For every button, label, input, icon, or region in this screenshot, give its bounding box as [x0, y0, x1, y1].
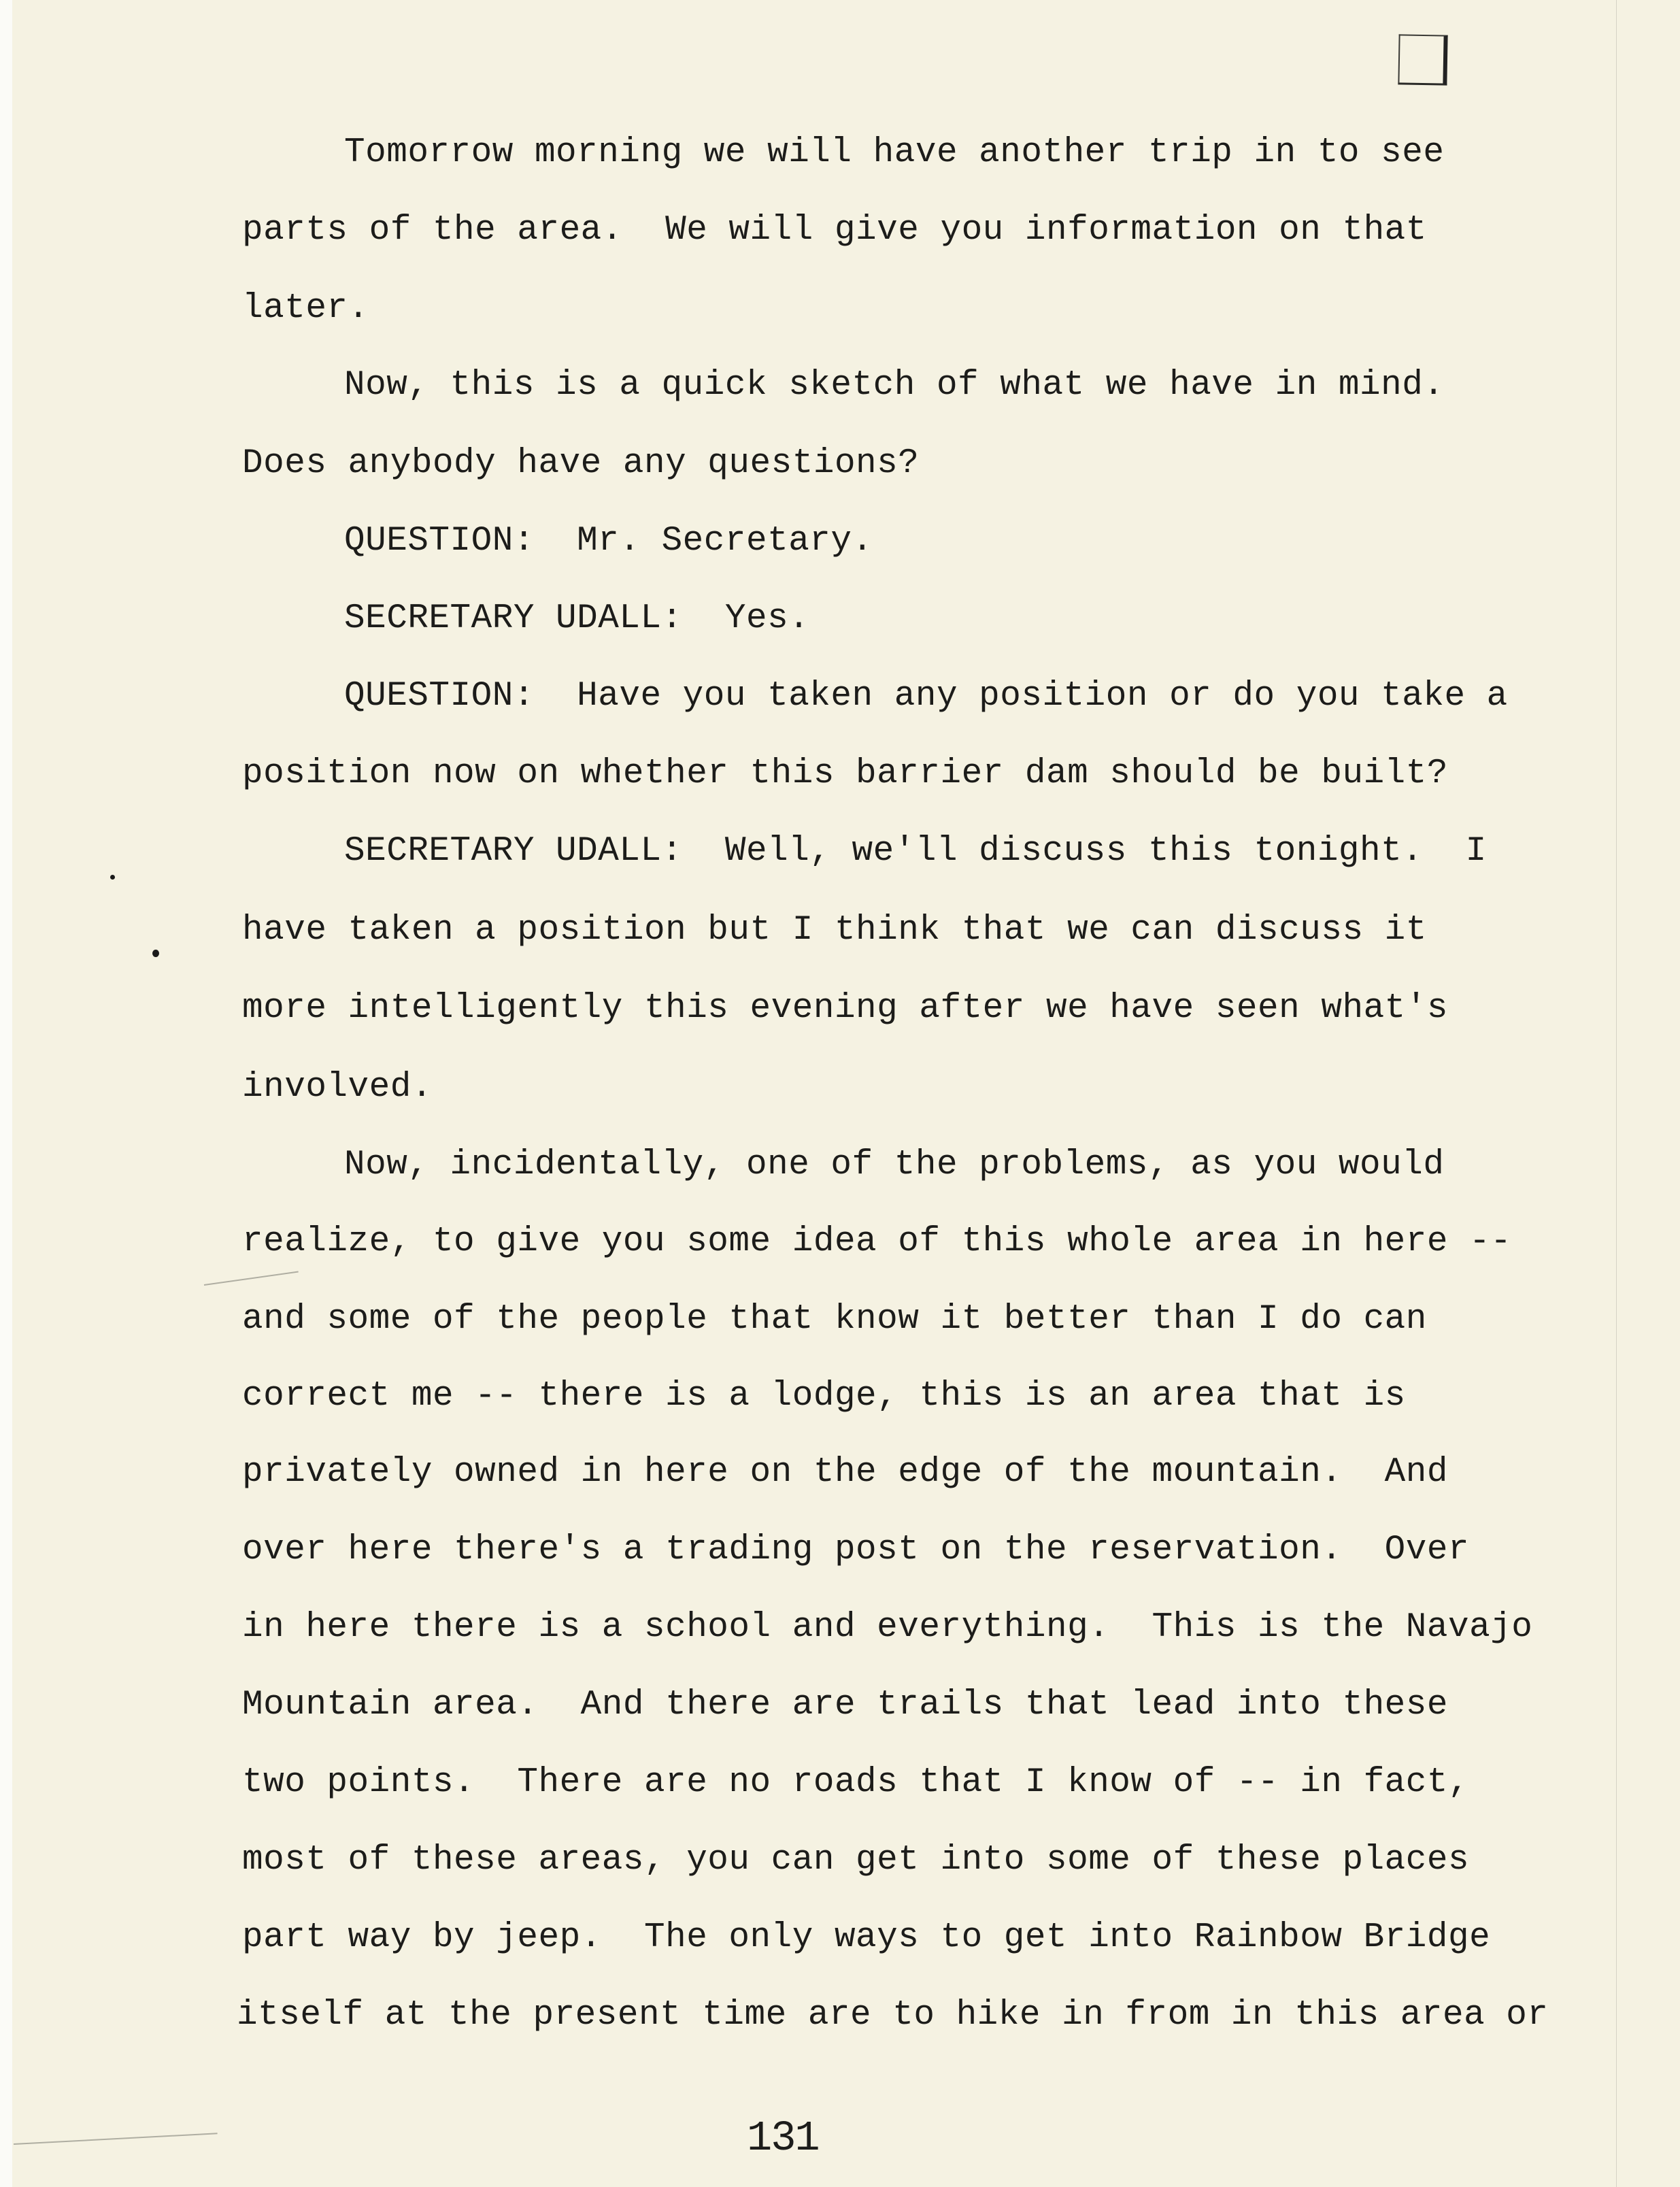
- corner-checkbox-mark: [1398, 34, 1447, 85]
- scan-border: [0, 0, 12, 2187]
- transcript-line: involved.: [242, 1070, 433, 1105]
- transcript-line: privately owned in here on the edge of t…: [242, 1455, 1448, 1490]
- transcript-line: have taken a position but I think that w…: [242, 913, 1427, 948]
- ink-speck: [152, 950, 159, 957]
- transcript-line: Tomorrow morning we will have another tr…: [344, 135, 1444, 170]
- transcript-line: Does anybody have any questions?: [242, 446, 919, 481]
- transcript-line: in here there is a school and everything…: [242, 1610, 1532, 1645]
- speaker-line: SECRETARY UDALL: Yes.: [344, 601, 809, 636]
- transcript-line: more intelligently this evening after we…: [242, 991, 1448, 1026]
- transcript-line: part way by jeep. The only ways to get i…: [242, 1920, 1490, 1955]
- ink-speck: [110, 875, 115, 880]
- transcript-line: parts of the area. We will give you info…: [242, 213, 1427, 248]
- transcript-line: most of these areas, you can get into so…: [242, 1843, 1469, 1877]
- transcript-line: and some of the people that know it bett…: [242, 1302, 1427, 1337]
- pencil-stroke: [14, 2133, 218, 2145]
- document-page: Tomorrow morning we will have another tr…: [12, 0, 1680, 2187]
- transcript-line: Mountain area. And there are trails that…: [242, 1688, 1448, 1722]
- margin-rule: [1616, 0, 1617, 2187]
- transcript-line: itself at the present time are to hike i…: [237, 1998, 1549, 2033]
- transcript-line: correct me -- there is a lodge, this is …: [242, 1379, 1406, 1414]
- transcript-line: position now on whether this barrier dam…: [242, 756, 1448, 791]
- speaker-line: QUESTION: Have you taken any position or…: [344, 679, 1508, 714]
- speaker-line: SECRETARY UDALL: Well, we'll discuss thi…: [344, 834, 1487, 869]
- transcript-line: over here there's a trading post on the …: [242, 1533, 1469, 1567]
- pencil-stroke: [204, 1271, 299, 1286]
- transcript-line: Now, this is a quick sketch of what we h…: [344, 368, 1444, 403]
- page-number: 131: [747, 2114, 819, 2163]
- transcript-line: later.: [242, 291, 369, 326]
- transcript-line: realize, to give you some idea of this w…: [242, 1224, 1511, 1259]
- transcript-line: two points. There are no roads that I kn…: [242, 1765, 1469, 1800]
- transcript-line: Now, incidentally, one of the problems, …: [344, 1148, 1444, 1182]
- speaker-line: QUESTION: Mr. Secretary.: [344, 524, 873, 558]
